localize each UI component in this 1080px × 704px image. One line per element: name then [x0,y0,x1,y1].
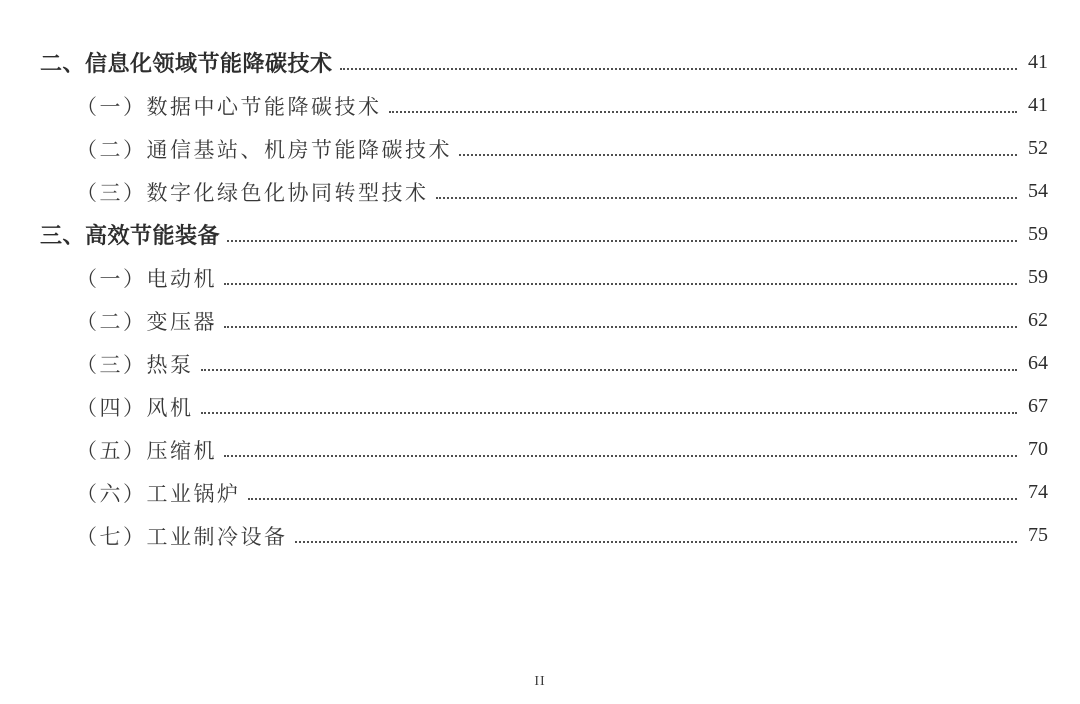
toc-entry-label: （三）数字化绿色化协同转型技术 [76,177,429,207]
dot-leader [227,227,1017,242]
toc-entry-subsection[interactable]: （四）风机 67 [40,385,1048,428]
toc-entry-label: （一）数据中心节能降碳技术 [76,91,382,121]
toc-entry-section[interactable]: 三、高效节能装备 59 [40,213,1048,256]
toc-page-number: 52 [1022,137,1048,160]
dot-leader [248,485,1018,500]
toc-page-number: 54 [1022,180,1048,203]
dot-leader [459,141,1017,156]
toc-page-number: 75 [1022,524,1048,547]
toc-entry-subsection[interactable]: （三）数字化绿色化协同转型技术 54 [40,170,1048,213]
dot-leader [340,55,1017,70]
toc-entry-label: （七）工业制冷设备 [76,521,288,551]
page-number: II [0,674,1080,690]
dot-leader [201,399,1018,414]
toc-entry-label: （五）压缩机 [76,435,217,465]
toc-entry-label: （二）变压器 [76,306,217,336]
toc-entry-label: 二、信息化领域节能降碳技术 [40,47,333,78]
dot-leader [224,313,1017,328]
document-page: 二、信息化领域节能降碳技术 41 （一）数据中心节能降碳技术 41 （二）通信基… [0,0,1080,704]
toc-entry-label: （三）热泵 [76,349,194,379]
toc-page-number: 67 [1022,395,1048,418]
dot-leader [295,528,1018,543]
toc-page-number: 62 [1022,309,1048,332]
toc-entry-subsection[interactable]: （二）变压器 62 [40,299,1048,342]
toc-entry-label: （一）电动机 [76,263,217,293]
toc-page-number: 74 [1022,481,1048,504]
toc-page-number: 41 [1022,94,1048,117]
toc-entry-subsection[interactable]: （七）工业制冷设备 75 [40,514,1048,557]
toc-page-number: 70 [1022,438,1048,461]
toc-entry-subsection[interactable]: （一）电动机 59 [40,256,1048,299]
dot-leader [389,98,1018,113]
dot-leader [201,356,1018,371]
toc-page-number: 59 [1022,223,1048,246]
toc-entry-label: 三、高效节能装备 [40,219,220,250]
toc-entry-subsection[interactable]: （六）工业锅炉 74 [40,471,1048,514]
toc-page-number: 64 [1022,352,1048,375]
toc-entry-subsection[interactable]: （一）数据中心节能降碳技术 41 [40,84,1048,127]
toc-page-number: 41 [1022,51,1048,74]
toc-entry-section[interactable]: 二、信息化领域节能降碳技术 41 [40,41,1048,84]
toc-list: 二、信息化领域节能降碳技术 41 （一）数据中心节能降碳技术 41 （二）通信基… [0,0,1080,557]
toc-entry-subsection[interactable]: （二）通信基站、机房节能降碳技术 52 [40,127,1048,170]
toc-entry-label: （二）通信基站、机房节能降碳技术 [76,134,452,164]
dot-leader [224,270,1017,285]
toc-entry-subsection[interactable]: （五）压缩机 70 [40,428,1048,471]
toc-page-number: 59 [1022,266,1048,289]
toc-entry-label: （四）风机 [76,392,194,422]
toc-entry-subsection[interactable]: （三）热泵 64 [40,342,1048,385]
dot-leader [436,184,1018,199]
dot-leader [224,442,1017,457]
toc-entry-label: （六）工业锅炉 [76,478,241,508]
